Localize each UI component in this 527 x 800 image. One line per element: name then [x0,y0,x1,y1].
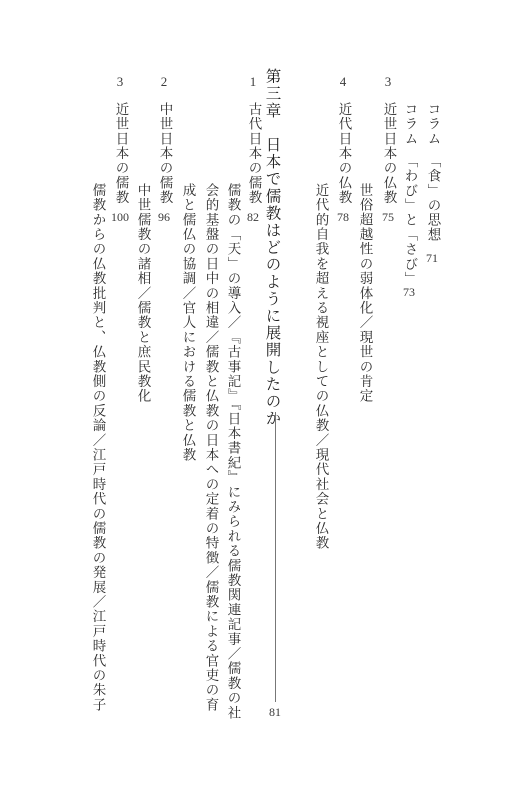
section-subtopics-line1: 儒教の「天」の導入／『古事記』『日本書紀』にみられる儒教関連記事／儒教の社 [225,183,239,720]
column-shoku-title: コラム 「食」の思想 [425,102,439,242]
section-title-kinsei-jukyo: 近世日本の儒教 [113,102,127,205]
section-title-kinsei-bukkyo: 近世日本の仏教 [381,102,395,205]
section-subtopics: 儒教からの仏教批判と、仏教側の反論／江戸時代の儒教の発展／江戸時代の朱子 [90,183,104,712]
section-number: 2 [161,74,168,90]
section-number: 3 [117,74,124,90]
column-shoku-page: 71 [426,251,438,266]
column-wabi-page: 73 [403,285,415,300]
chapter-page: 81 [269,705,281,720]
section-subtopics: 世俗超越性の弱体化／現世の肯定 [357,183,371,404]
section-number: 4 [340,74,347,90]
section-subtopics: 中世儒教の諸相／儒教と庶民教化 [135,183,149,404]
section-page: 75 [382,210,394,225]
section-subtopics-line2: 会的基盤の日中の相違／儒教と仏教の日本への定着の特徴／儒教による官吏の育 [203,183,217,712]
section-page: 82 [247,210,259,225]
section-page: 96 [158,210,170,225]
section-number: 1 [250,74,257,90]
section-number: 3 [385,74,392,90]
chapter-title: 第三章 日本で儒教はどのように展開したのか [264,68,280,427]
section-title-kindai-bukkyo: 近代日本の仏教 [336,102,350,205]
section-subtopics: 近代的自我を超える視座としての仏教／現代社会と仏教 [313,183,327,551]
section-title-kodai-jukyo: 古代日本の儒教 [246,102,260,205]
section-title-chusei-jukyo: 中世日本の儒教 [157,102,171,205]
leader-line [275,412,276,702]
section-page: 78 [337,210,349,225]
column-wabi-title: コラム 「わび」と「さび」 [402,102,416,286]
section-subtopics-line3: 成と儒仏の協調／官人における儒教と仏教 [180,183,194,462]
section-page: 100 [111,210,129,225]
